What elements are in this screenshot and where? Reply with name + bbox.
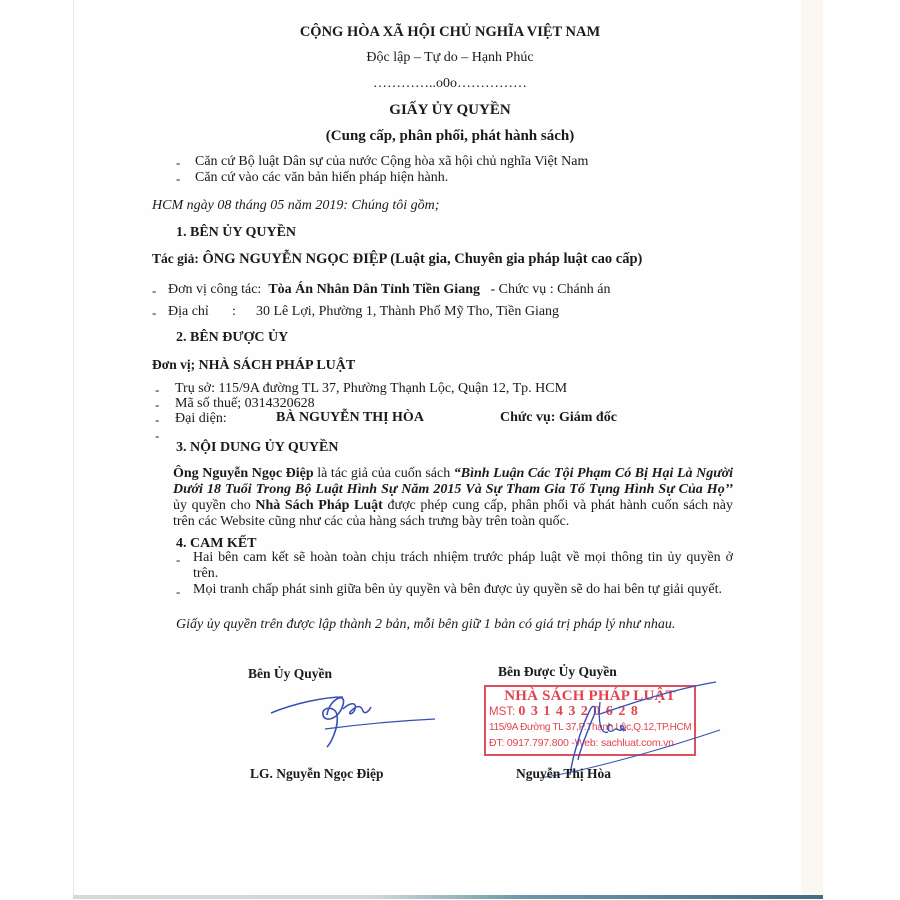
closing-note: Giấy ủy quyền trên được lập thành 2 bản,… bbox=[176, 617, 675, 633]
authorization-content: Ông Nguyễn Ngọc Điệp là tác giả của cuốn… bbox=[173, 466, 733, 530]
content-text: ủy quyền cho bbox=[173, 498, 255, 513]
document-title: GIẤY ỦY QUYỀN bbox=[0, 102, 900, 118]
basis-item: Căn cứ Bộ luật Dân sự của nước Cộng hòa … bbox=[195, 154, 588, 170]
unit-value: NHÀ SÁCH PHÁP LUẬT bbox=[198, 358, 355, 373]
unit-label: Đơn vị; bbox=[152, 357, 195, 372]
workplace-line: Đơn vị công tác: Tòa Án Nhân Dân Tỉnh Ti… bbox=[168, 282, 610, 298]
bullet-dash: - bbox=[155, 412, 159, 428]
bullet-dash: - bbox=[152, 283, 156, 299]
author-line: Tác giả: ÔNG NGUYỄN NGỌC ĐIỆP (Luật gia,… bbox=[152, 251, 642, 267]
bullet-dash: - bbox=[176, 155, 180, 171]
divider: …………..o0o…………… bbox=[0, 76, 900, 92]
section-2-heading: 2. BÊN ĐƯỢC ỦY bbox=[176, 330, 288, 346]
date-line: HCM ngày 08 tháng 05 năm 2019: Chúng tôi… bbox=[152, 198, 439, 214]
document-subtitle: (Cung cấp, phân phối, phát hành sách) bbox=[0, 128, 900, 144]
nation-heading: CỘNG HÒA XÃ HỘI CHỦ NGHĨA VIỆT NAM bbox=[0, 24, 900, 40]
publisher-name: Nhà Sách Pháp Luật bbox=[255, 498, 383, 513]
bullet-dash: - bbox=[155, 397, 159, 413]
bullet-dash: - bbox=[155, 428, 159, 444]
position: - Chức vụ : Chánh án bbox=[490, 282, 610, 297]
bullet-dash: - bbox=[155, 382, 159, 398]
workplace-value: Tòa Án Nhân Dân Tỉnh Tiền Giang bbox=[268, 282, 480, 297]
grantee-name: Nguyễn Thị Hòa bbox=[516, 766, 611, 782]
grantee-title: Bên Được Ủy Quyền bbox=[498, 664, 617, 680]
grantor-name: LG. Nguyễn Ngọc Điệp bbox=[250, 766, 384, 782]
workplace-label: Đơn vị công tác: bbox=[168, 282, 261, 297]
bullet-dash: - bbox=[176, 171, 180, 187]
page-bottom-edge bbox=[73, 895, 823, 899]
unit-line: Đơn vị; NHÀ SÁCH PHÁP LUẬT bbox=[152, 357, 355, 374]
address-label: Địa chỉ bbox=[168, 304, 209, 320]
author-name: Ông Nguyễn Ngọc Điệp bbox=[173, 466, 314, 481]
address-value: 30 Lê Lợi, Phường 1, Thành Phố Mỹ Tho, T… bbox=[256, 304, 559, 320]
section-1-heading: 1. BÊN ỦY QUYỀN bbox=[176, 225, 296, 241]
commitment-item: Mọi tranh chấp phát sinh giữa bên ủy quy… bbox=[193, 582, 733, 598]
basis-item: Căn cứ vào các văn bản hiến pháp hiện hà… bbox=[195, 170, 448, 186]
representative-position: Chức vụ: Giám đốc bbox=[500, 410, 617, 426]
bullet-dash: - bbox=[176, 584, 180, 600]
commitment-item: Hai bên cam kết sẽ hoàn toàn chịu trách … bbox=[193, 550, 733, 582]
grantee-signature bbox=[500, 680, 740, 780]
section-3-heading: 3. NỘI DUNG ỦY QUYỀN bbox=[176, 440, 338, 456]
author-value: ÔNG NGUYỄN NGỌC ĐIỆP (Luật gia, Chuyên g… bbox=[203, 251, 643, 267]
content-text: là tác giả của cuốn sách bbox=[314, 466, 454, 481]
bullet-dash: - bbox=[152, 305, 156, 321]
bullet-dash: - bbox=[176, 552, 180, 568]
grantor-title: Bên Ủy Quyền bbox=[248, 666, 332, 682]
office-address: Trụ sở: 115/9A đường TL 37, Phường Thạnh… bbox=[175, 381, 567, 397]
grantor-signature bbox=[265, 685, 445, 755]
representative-value: BÀ NGUYỄN THỊ HÒA bbox=[276, 410, 424, 426]
author-label: Tác giả: bbox=[152, 251, 199, 266]
motto: Độc lập – Tự do – Hạnh Phúc bbox=[0, 50, 900, 66]
address-sep: : bbox=[232, 304, 236, 320]
representative-label: Đại diện: bbox=[175, 411, 227, 427]
